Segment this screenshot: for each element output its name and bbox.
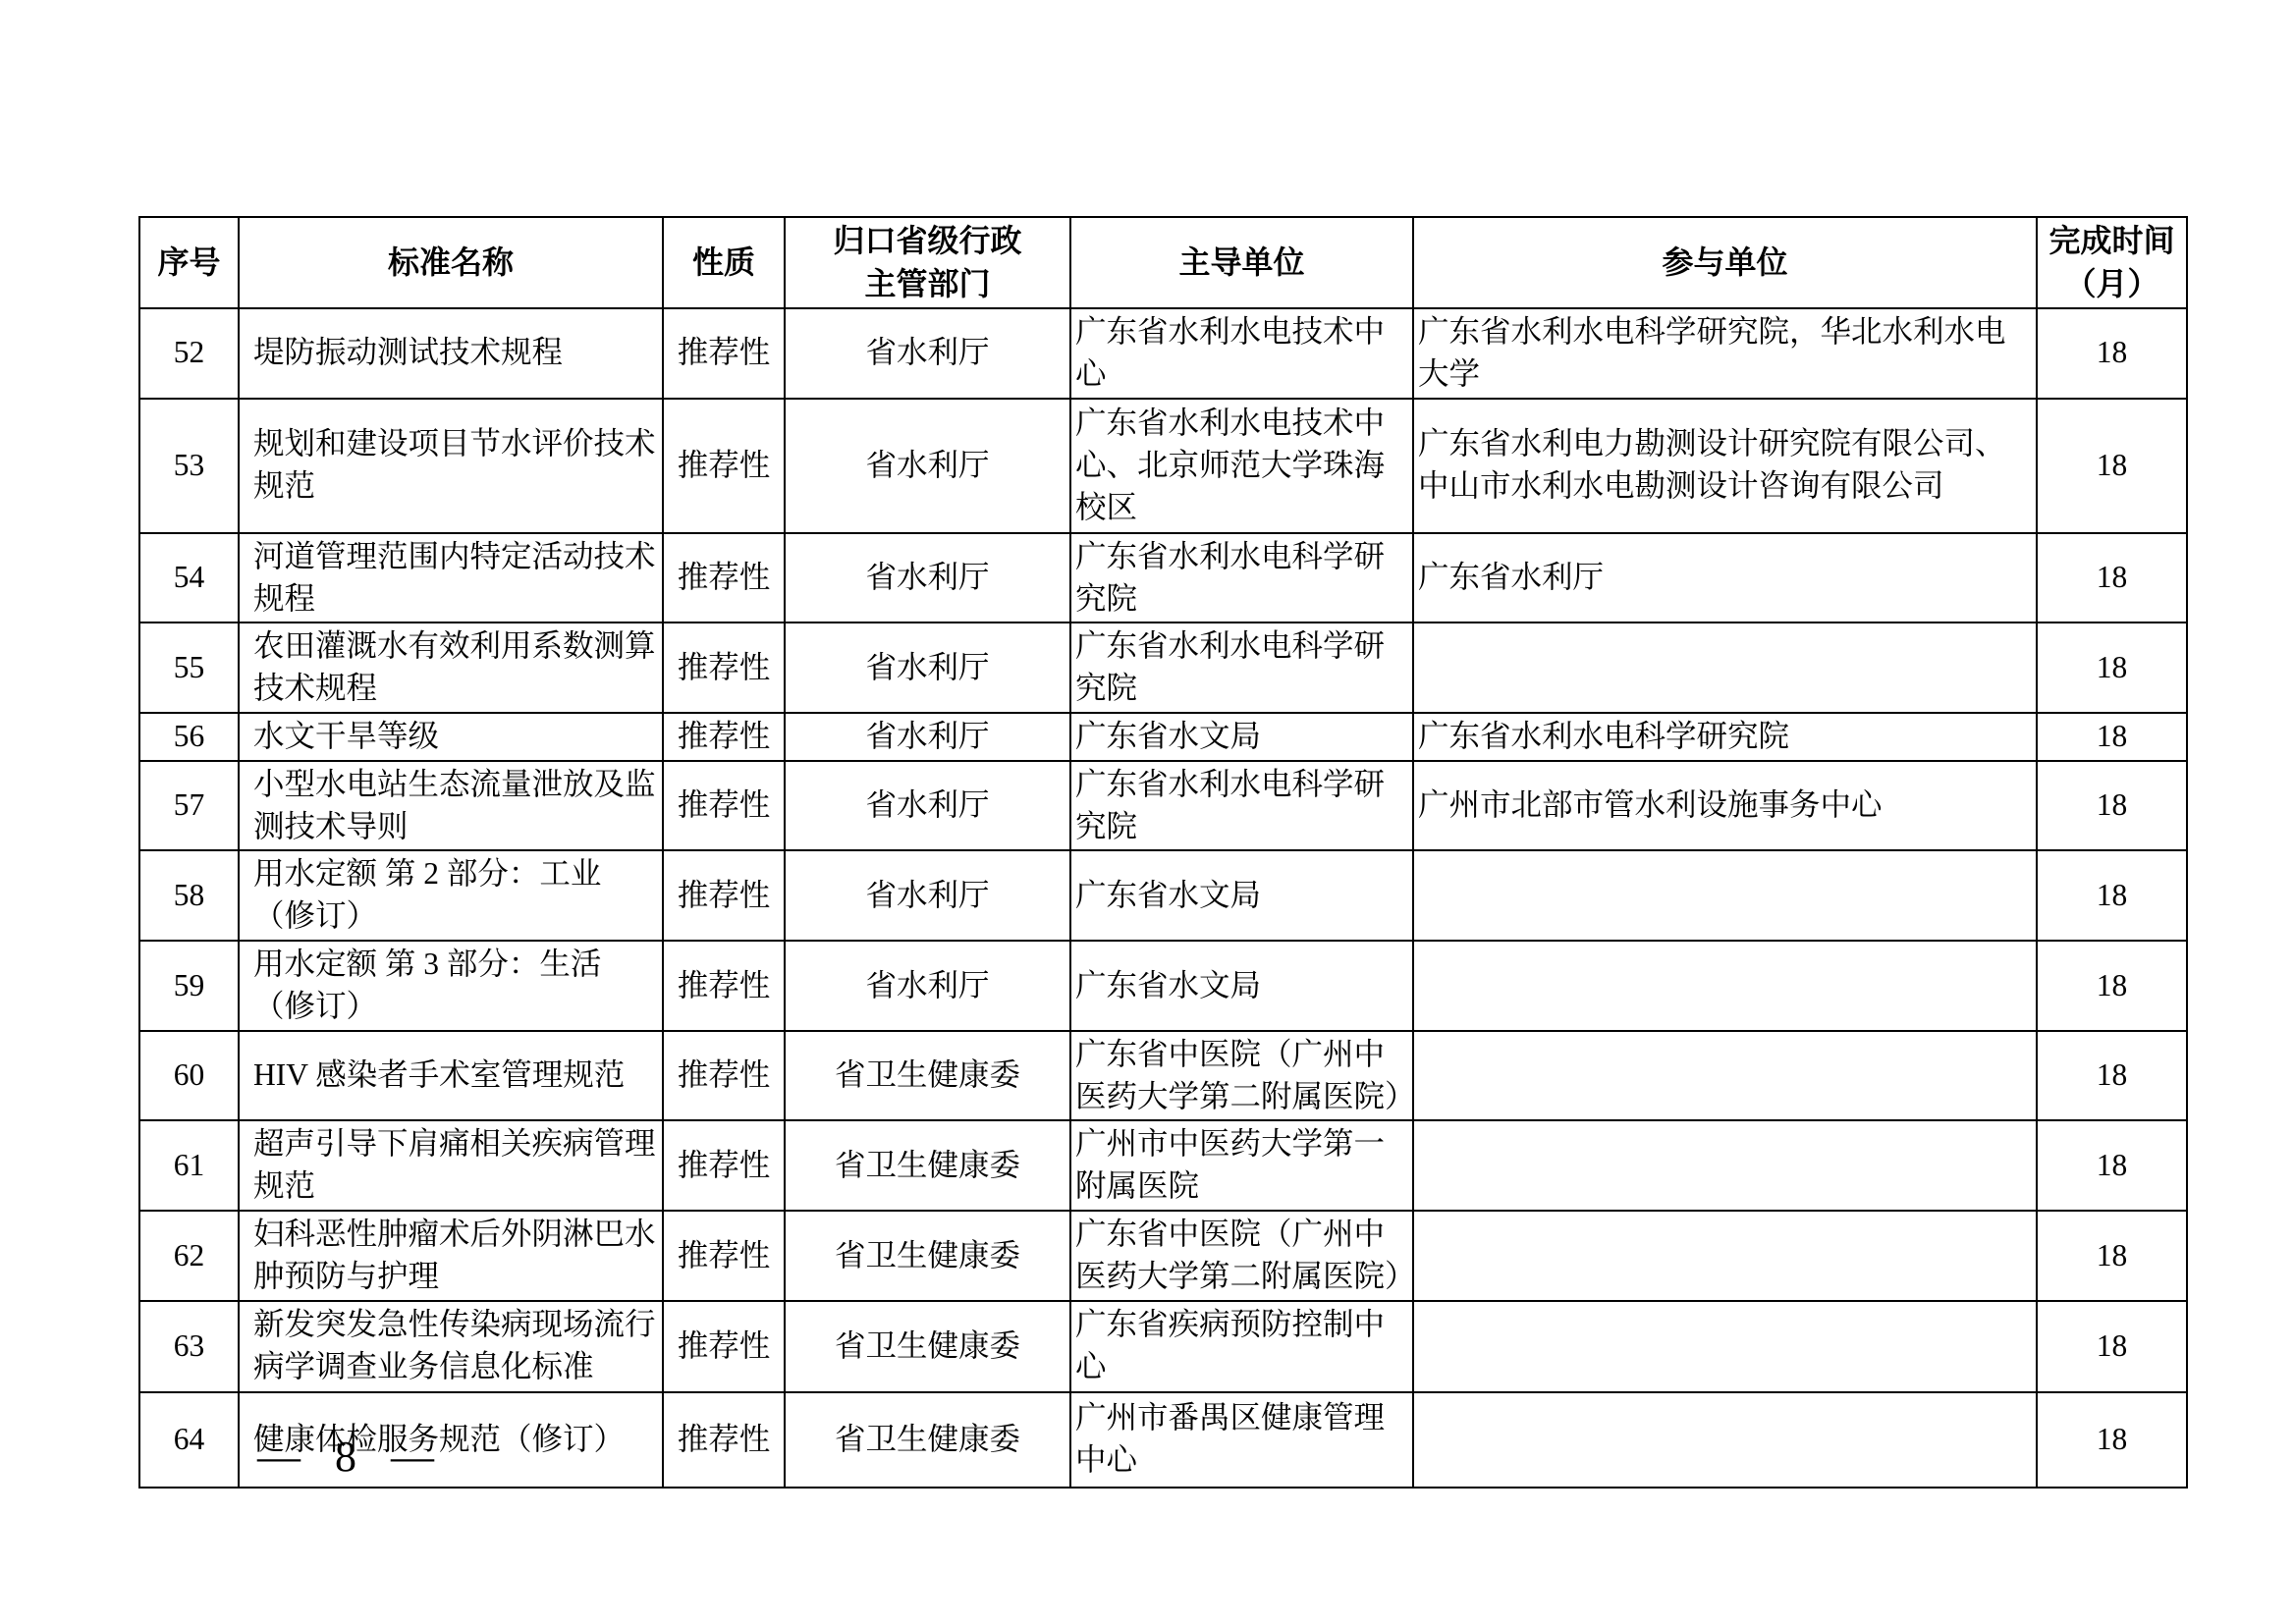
seq-cell: 63 xyxy=(139,1301,239,1392)
table-row: 52 堤防振动测试技术规程 推荐性 省水利厅 广东省水利水电技术中心 广东省水利… xyxy=(139,308,2187,399)
lead-cell: 广东省水文局 xyxy=(1070,713,1413,761)
participants-cell xyxy=(1413,941,2037,1031)
months-cell: 18 xyxy=(2037,713,2187,761)
name-cell: 妇科恶性肿瘤术后外阴淋巴水肿预防与护理 xyxy=(239,1211,663,1301)
dept-cell: 省水利厅 xyxy=(785,761,1070,851)
seq-cell: 57 xyxy=(139,761,239,851)
seq-cell: 53 xyxy=(139,399,239,533)
nature-cell: 推荐性 xyxy=(663,1031,785,1121)
lead-cell: 广东省水文局 xyxy=(1070,850,1413,941)
name-cell: 水文干旱等级 xyxy=(239,713,663,761)
name-cell: 农田灌溉水有效利用系数测算技术规程 xyxy=(239,623,663,713)
name-cell: 用水定额 第 3 部分：生活（修订） xyxy=(239,941,663,1031)
participants-cell xyxy=(1413,1301,2037,1392)
months-cell: 18 xyxy=(2037,941,2187,1031)
participants-cell xyxy=(1413,850,2037,941)
months-cell: 18 xyxy=(2037,1211,2187,1301)
dept-cell: 省水利厅 xyxy=(785,533,1070,623)
seq-cell: 54 xyxy=(139,533,239,623)
table-row: 54 河道管理范围内特定活动技术规程 推荐性 省水利厅 广东省水利水电科学研究院… xyxy=(139,533,2187,623)
participants-cell: 广州市北部市管水利设施事务中心 xyxy=(1413,761,2037,851)
header-dept-line2: 主管部门 xyxy=(790,263,1065,306)
name-cell: HIV 感染者手术室管理规范 xyxy=(239,1031,663,1121)
months-cell: 18 xyxy=(2037,1120,2187,1211)
header-seq: 序号 xyxy=(139,217,239,308)
name-cell: 小型水电站生态流量泄放及监测技术导则 xyxy=(239,761,663,851)
header-dept: 归口省级行政 主管部门 xyxy=(785,217,1070,308)
table-row: 61 超声引导下肩痛相关疾病管理规范 推荐性 省卫生健康委 广州市中医药大学第一… xyxy=(139,1120,2187,1211)
lead-cell: 广东省水利水电技术中心、北京师范大学珠海校区 xyxy=(1070,399,1413,533)
table-row: 53 规划和建设项目节水评价技术规范 推荐性 省水利厅 广东省水利水电技术中心、… xyxy=(139,399,2187,533)
header-nature: 性质 xyxy=(663,217,785,308)
lead-cell: 广东省中医院（广州中医药大学第二附属医院） xyxy=(1070,1031,1413,1121)
table-header-row: 序号 标准名称 性质 归口省级行政 主管部门 主导单位 参与单位 完成时间 （月… xyxy=(139,217,2187,308)
header-lead-unit: 主导单位 xyxy=(1070,217,1413,308)
table-row: 63 新发突发急性传染病现场流行病学调查业务信息化标准 推荐性 省卫生健康委 广… xyxy=(139,1301,2187,1392)
dept-cell: 省水利厅 xyxy=(785,713,1070,761)
name-cell: 超声引导下肩痛相关疾病管理规范 xyxy=(239,1120,663,1211)
participants-cell: 广东省水利水电科学研究院 xyxy=(1413,713,2037,761)
dept-cell: 省卫生健康委 xyxy=(785,1392,1070,1488)
dept-cell: 省卫生健康委 xyxy=(785,1211,1070,1301)
months-cell: 18 xyxy=(2037,761,2187,851)
lead-cell: 广东省疾病预防控制中心 xyxy=(1070,1301,1413,1392)
months-cell: 18 xyxy=(2037,623,2187,713)
participants-cell: 广东省水利水电科学研究院，华北水利水电大学 xyxy=(1413,308,2037,399)
dept-cell: 省卫生健康委 xyxy=(785,1120,1070,1211)
dept-cell: 省水利厅 xyxy=(785,623,1070,713)
seq-cell: 62 xyxy=(139,1211,239,1301)
seq-cell: 55 xyxy=(139,623,239,713)
nature-cell: 推荐性 xyxy=(663,1120,785,1211)
participants-cell xyxy=(1413,1120,2037,1211)
participants-cell xyxy=(1413,1392,2037,1488)
standards-table: 序号 标准名称 性质 归口省级行政 主管部门 主导单位 参与单位 完成时间 （月… xyxy=(138,216,2188,1489)
name-cell: 新发突发急性传染病现场流行病学调查业务信息化标准 xyxy=(239,1301,663,1392)
months-cell: 18 xyxy=(2037,399,2187,533)
months-cell: 18 xyxy=(2037,308,2187,399)
nature-cell: 推荐性 xyxy=(663,1392,785,1488)
lead-cell: 广东省水利水电科学研究院 xyxy=(1070,623,1413,713)
seq-cell: 61 xyxy=(139,1120,239,1211)
document-page: 序号 标准名称 性质 归口省级行政 主管部门 主导单位 参与单位 完成时间 （月… xyxy=(0,0,2294,1624)
header-months-line1: 完成时间 xyxy=(2042,220,2182,263)
header-dept-line1: 归口省级行政 xyxy=(790,220,1065,263)
lead-cell: 广东省水文局 xyxy=(1070,941,1413,1031)
seq-cell: 56 xyxy=(139,713,239,761)
participants-cell xyxy=(1413,1211,2037,1301)
nature-cell: 推荐性 xyxy=(663,533,785,623)
lead-cell: 广州市番禺区健康管理中心 xyxy=(1070,1392,1413,1488)
page-number: — 8 — xyxy=(257,1432,436,1482)
seq-cell: 64 xyxy=(139,1392,239,1488)
dept-cell: 省卫生健康委 xyxy=(785,1031,1070,1121)
seq-cell: 60 xyxy=(139,1031,239,1121)
dept-cell: 省卫生健康委 xyxy=(785,1301,1070,1392)
lead-cell: 广州市中医药大学第一附属医院 xyxy=(1070,1120,1413,1211)
nature-cell: 推荐性 xyxy=(663,1211,785,1301)
dept-cell: 省水利厅 xyxy=(785,850,1070,941)
name-cell: 用水定额 第 2 部分：工业（修订） xyxy=(239,850,663,941)
lead-cell: 广东省水利水电科学研究院 xyxy=(1070,761,1413,851)
nature-cell: 推荐性 xyxy=(663,713,785,761)
months-cell: 18 xyxy=(2037,1031,2187,1121)
seq-cell: 59 xyxy=(139,941,239,1031)
nature-cell: 推荐性 xyxy=(663,623,785,713)
dept-cell: 省水利厅 xyxy=(785,941,1070,1031)
header-completion-months: 完成时间 （月） xyxy=(2037,217,2187,308)
months-cell: 18 xyxy=(2037,1301,2187,1392)
name-cell: 堤防振动测试技术规程 xyxy=(239,308,663,399)
lead-cell: 广东省水利水电技术中心 xyxy=(1070,308,1413,399)
seq-cell: 52 xyxy=(139,308,239,399)
table-row: 55 农田灌溉水有效利用系数测算技术规程 推荐性 省水利厅 广东省水利水电科学研… xyxy=(139,623,2187,713)
months-cell: 18 xyxy=(2037,533,2187,623)
header-months-line2: （月） xyxy=(2042,263,2182,306)
nature-cell: 推荐性 xyxy=(663,1301,785,1392)
nature-cell: 推荐性 xyxy=(663,761,785,851)
dept-cell: 省水利厅 xyxy=(785,308,1070,399)
table-row: 62 妇科恶性肿瘤术后外阴淋巴水肿预防与护理 推荐性 省卫生健康委 广东省中医院… xyxy=(139,1211,2187,1301)
table-row: 59 用水定额 第 3 部分：生活（修订） 推荐性 省水利厅 广东省水文局 18 xyxy=(139,941,2187,1031)
months-cell: 18 xyxy=(2037,850,2187,941)
nature-cell: 推荐性 xyxy=(663,941,785,1031)
table-row: 58 用水定额 第 2 部分：工业（修订） 推荐性 省水利厅 广东省水文局 18 xyxy=(139,850,2187,941)
participants-cell: 广东省水利电力勘测设计研究院有限公司、中山市水利水电勘测设计咨询有限公司 xyxy=(1413,399,2037,533)
header-participant-unit: 参与单位 xyxy=(1413,217,2037,308)
nature-cell: 推荐性 xyxy=(663,308,785,399)
months-cell: 18 xyxy=(2037,1392,2187,1488)
lead-cell: 广东省中医院（广州中医药大学第二附属医院） xyxy=(1070,1211,1413,1301)
participants-cell xyxy=(1413,623,2037,713)
participants-cell xyxy=(1413,1031,2037,1121)
name-cell: 规划和建设项目节水评价技术规范 xyxy=(239,399,663,533)
header-standard-name: 标准名称 xyxy=(239,217,663,308)
nature-cell: 推荐性 xyxy=(663,850,785,941)
table-row: 60 HIV 感染者手术室管理规范 推荐性 省卫生健康委 广东省中医院（广州中医… xyxy=(139,1031,2187,1121)
table-row: 57 小型水电站生态流量泄放及监测技术导则 推荐性 省水利厅 广东省水利水电科学… xyxy=(139,761,2187,851)
name-cell: 河道管理范围内特定活动技术规程 xyxy=(239,533,663,623)
table-row: 56 水文干旱等级 推荐性 省水利厅 广东省水文局 广东省水利水电科学研究院 1… xyxy=(139,713,2187,761)
nature-cell: 推荐性 xyxy=(663,399,785,533)
participants-cell: 广东省水利厅 xyxy=(1413,533,2037,623)
seq-cell: 58 xyxy=(139,850,239,941)
lead-cell: 广东省水利水电科学研究院 xyxy=(1070,533,1413,623)
dept-cell: 省水利厅 xyxy=(785,399,1070,533)
table-row: 64 健康体检服务规范（修订） 推荐性 省卫生健康委 广州市番禺区健康管理中心 … xyxy=(139,1392,2187,1488)
